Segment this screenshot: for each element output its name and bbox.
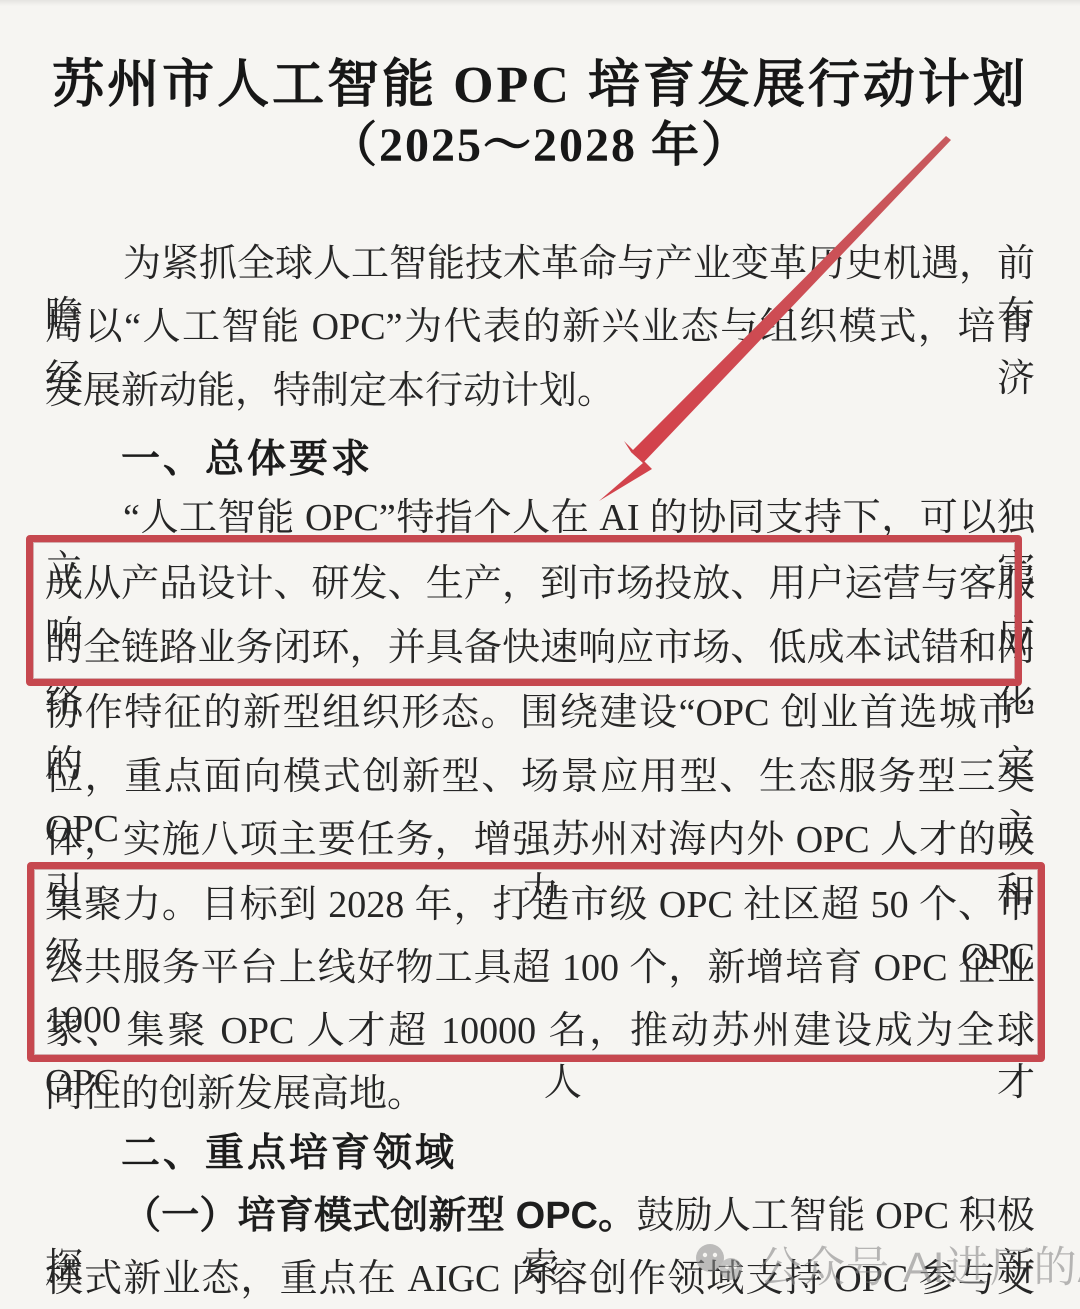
doc-line: 为紧抓全球人工智能技术革命与产业变革历史机遇，前瞻布 xyxy=(45,238,1035,292)
document-title-line2: （2025～2028 年） xyxy=(0,106,1080,175)
doc-line: 协作特征的新型组织形态。围绕建设“OPC 创业首选城市”的定 xyxy=(45,687,1035,741)
doc-line: 局以“人工智能 OPC”为代表的新兴业态与组织模式，培育经济 xyxy=(45,301,1035,355)
doc-line: 公共服务平台上线好物工具超 100 个，新增培育 OPC 企业 1000 xyxy=(45,942,1035,996)
doc-line: 向往的创新发展高地。 xyxy=(45,1068,1035,1122)
doc-line: 家、集聚 OPC 人才超 10000 名，推动苏州建设成为全球 OPC 人才 xyxy=(45,1005,1035,1059)
doc-line: （一）培育模式创新型 OPC。鼓励人工智能 OPC 积极探索新 xyxy=(45,1190,1035,1244)
doc-line: 的全链路业务闭环，并具备快速响应市场、低成本试错和网络化 xyxy=(45,622,1035,676)
doc-line: 集聚力。目标到 2028 年，打造市级 OPC 社区超 50 个、市级 OPC xyxy=(45,879,1035,933)
doc-line: 成从产品设计、研发、生产，到市场投放、用户运营与客服响应 xyxy=(45,558,1035,612)
document-page: 苏州市人工智能 OPC 培育发展行动计划 （2025～2028 年） 为紧抓全球… xyxy=(0,0,1080,1309)
section-heading-2: 二、重点培育领域 xyxy=(121,1128,457,1180)
section-heading-1: 一、总体要求 xyxy=(121,434,373,486)
doc-line: 位，重点面向模式创新型、场景应用型、生态服务型三类 OPC 主 xyxy=(45,751,1035,805)
item-lead-bold: （一）培育模式创新型 OPC。 xyxy=(123,1195,636,1237)
doc-line: “人工智能 OPC”特指个人在 AI 的协同支持下，可以独立完 xyxy=(45,492,1035,546)
doc-line: 发展新动能，特制定本行动计划。 xyxy=(45,365,1035,419)
doc-line: 体，实施八项主要任务，增强苏州对海内外 OPC 人才的吸引力和 xyxy=(45,814,1035,868)
doc-line: 模式新业态，重点在 AIGC 内容创作领域支持 OPC 参与文案创作、 xyxy=(45,1253,1035,1307)
